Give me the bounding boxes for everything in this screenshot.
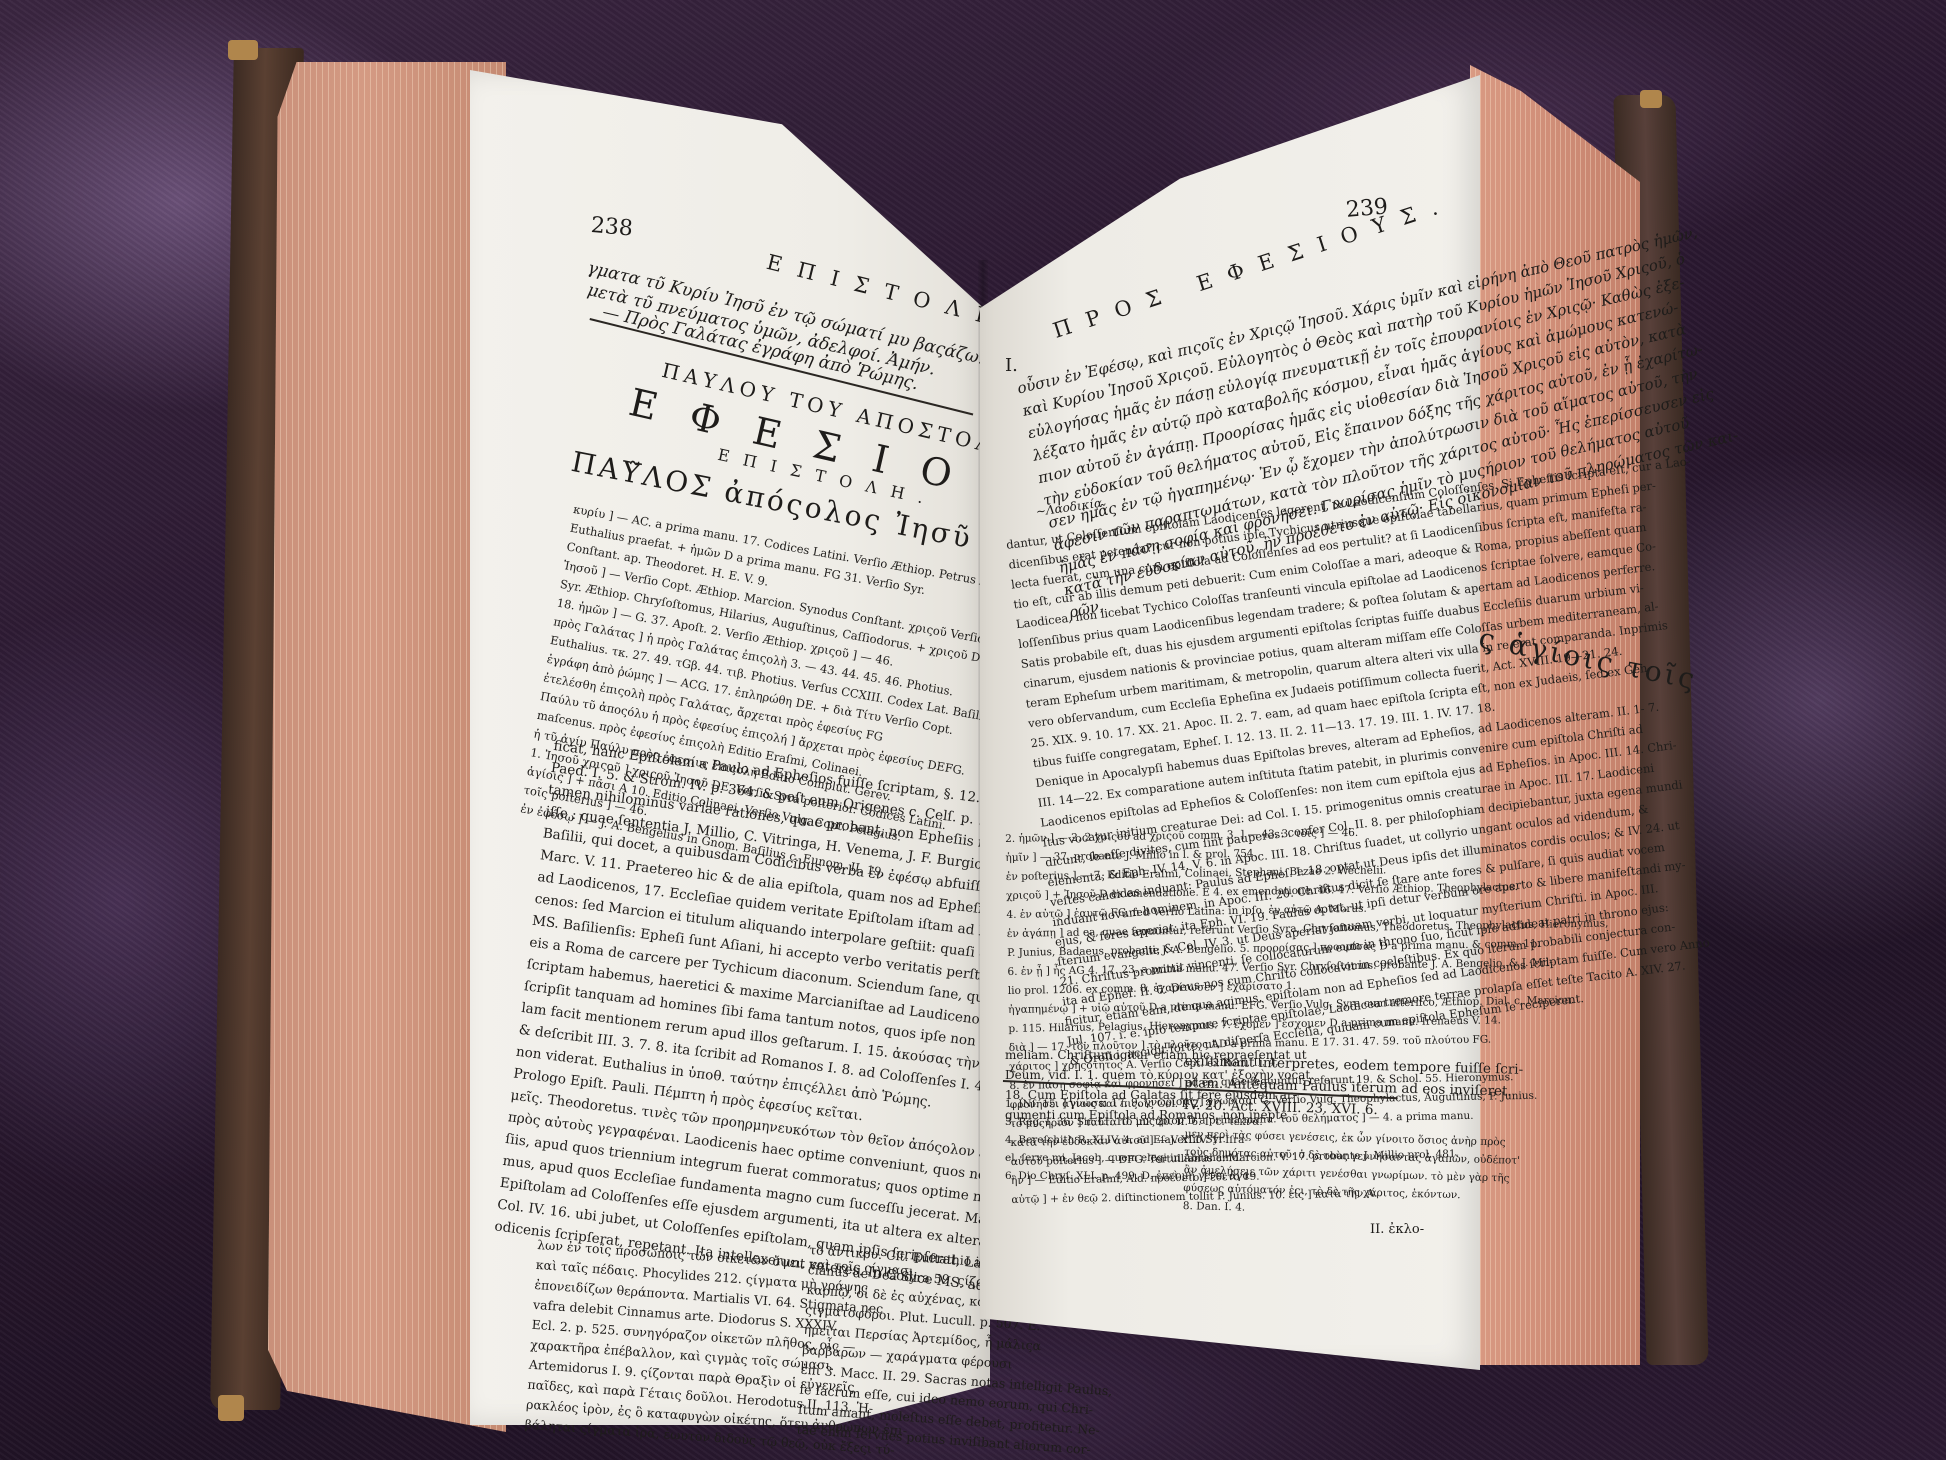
page-number-left: 238 xyxy=(590,213,634,242)
catchword: II. ἐκλο- xyxy=(1370,1222,1424,1237)
cover-corner-top-right xyxy=(1640,90,1662,108)
cover-corner-bottom-left xyxy=(218,1395,244,1421)
cover-corner-top-left xyxy=(228,40,258,60)
chapter-number: I. xyxy=(1005,355,1018,376)
footnotes-right-col2: μεν περὶ τὰς φύσει γενέσεις, ἐκ ὧν γίνοι… xyxy=(1183,1125,1521,1224)
footnote-line: 1. INſ. 15. ἁγίοις καὶ πιςοῖς Col. I. 2.… xyxy=(1005,1095,1263,1113)
